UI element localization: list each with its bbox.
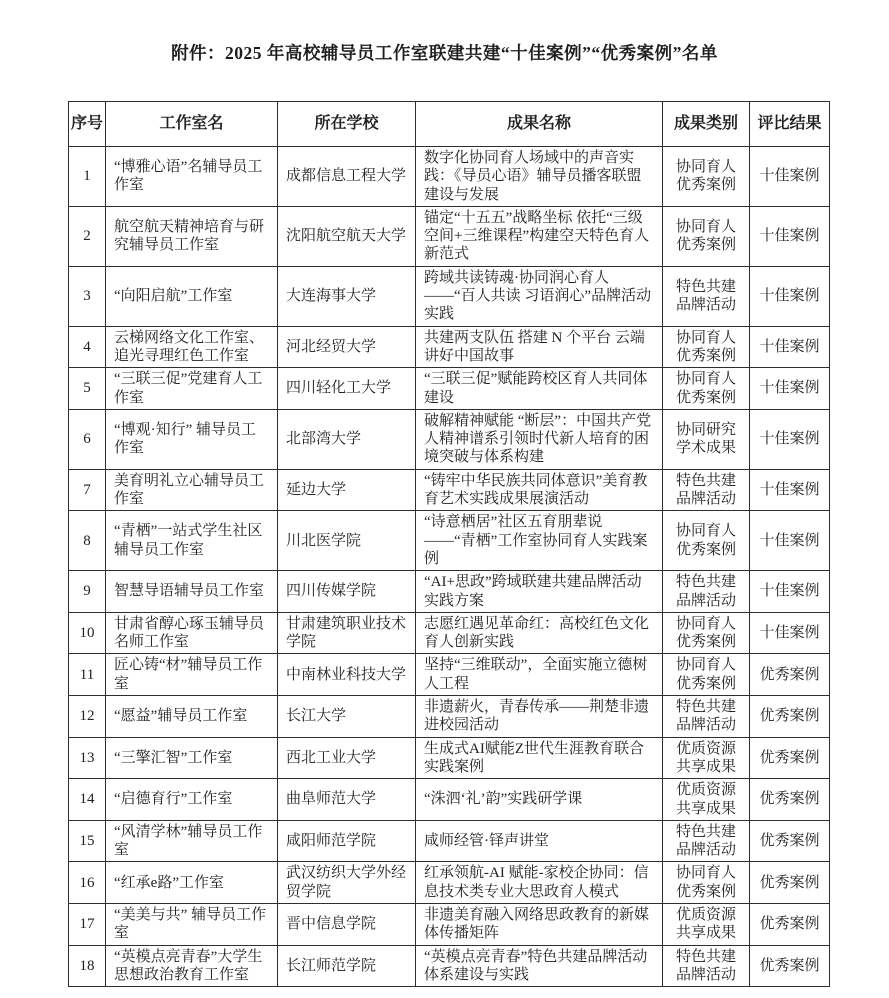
cell-number: 5: [69, 368, 106, 410]
cell-studio-name: 航空航天精神培育与研究辅导员工作室: [106, 206, 278, 266]
cell-category: 特色共建品牌活动: [663, 820, 750, 862]
cell-category: 协同育人优秀案例: [663, 206, 750, 266]
cell-category: 优质资源共享成果: [663, 737, 750, 779]
cell-result: 十佳案例: [750, 511, 830, 571]
cell-studio-name: 云梯网络文化工作室、追光寻理红色工作室: [106, 326, 278, 368]
table-row: 8“青栖”一站式学生社区辅导员工作室川北医学院“诗意栖居”社区五育朋辈说 ——“…: [69, 511, 830, 571]
cell-result: 优秀案例: [750, 903, 830, 945]
cell-school: 川北医学院: [278, 511, 416, 571]
cell-achievement: 破解精神赋能 “断层”：中国共产党人精神谱系引领时代新人培育的困境突破与体系构建: [416, 409, 663, 469]
cell-category: 优质资源共享成果: [663, 903, 750, 945]
cell-achievement: 共建两支队伍 搭建 N 个平台 云端讲好中国故事: [416, 326, 663, 368]
table-row: 18“英模点亮青春”大学生思想政治教育工作室长江师范学院“英模点亮青春”特色共建…: [69, 945, 830, 987]
cell-category: 协同育人优秀案例: [663, 368, 750, 410]
cell-achievement: 咸师经管·铎声讲堂: [416, 820, 663, 862]
cell-studio-name: 甘肃省醇心琢玉辅导员名师工作室: [106, 612, 278, 654]
cell-number: 6: [69, 409, 106, 469]
cell-achievement: 数字化协同育人场域中的声音实践：《导员心语》辅导员播客联盟建设与发展: [416, 147, 663, 207]
cell-school: 西北工业大学: [278, 737, 416, 779]
awards-table: 序号工作室名所在学校成果名称成果类别评比结果 1“博雅心语”名辅导员工作室成都信…: [68, 101, 830, 987]
cell-result: 十佳案例: [750, 326, 830, 368]
table-row: 12“愿益”辅导员工作室长江大学非遗薪火，青春传承——荆楚非遗进校园活动特色共建…: [69, 696, 830, 738]
cell-achievement: 志愿红遇见革命红：高校红色文化育人创新实践: [416, 612, 663, 654]
cell-category: 协同育人优秀案例: [663, 326, 750, 368]
cell-school: 中南林业科技大学: [278, 654, 416, 696]
cell-school: 四川轻化工大学: [278, 368, 416, 410]
cell-school: 长江师范学院: [278, 945, 416, 987]
cell-number: 10: [69, 612, 106, 654]
cell-number: 8: [69, 511, 106, 571]
page-title: 附件：2025 年高校辅导员工作室联建共建“十佳案例”“优秀案例”名单: [0, 40, 889, 65]
cell-category: 协同育人优秀案例: [663, 612, 750, 654]
cell-category: 协同育人优秀案例: [663, 147, 750, 207]
cell-result: 优秀案例: [750, 862, 830, 904]
cell-studio-name: “博观·知行” 辅导员工作室: [106, 409, 278, 469]
cell-number: 17: [69, 903, 106, 945]
cell-achievement: “铸牢中华民族共同体意识”美育教育艺术实践成果展演活动: [416, 469, 663, 511]
cell-result: 十佳案例: [750, 368, 830, 410]
col-header-studio: 工作室名: [106, 102, 278, 147]
cell-result: 十佳案例: [750, 612, 830, 654]
cell-school: 甘肃建筑职业技术学院: [278, 612, 416, 654]
table-row: 10甘肃省醇心琢玉辅导员名师工作室甘肃建筑职业技术学院志愿红遇见革命红：高校红色…: [69, 612, 830, 654]
table-row: 9智慧导语辅导员工作室四川传媒学院“AI+思政”跨域联建共建品牌活动实践方案特色…: [69, 571, 830, 613]
cell-school: 延边大学: [278, 469, 416, 511]
col-header-achievement: 成果名称: [416, 102, 663, 147]
cell-studio-name: “美美与共” 辅导员工作室: [106, 903, 278, 945]
cell-studio-name: “启德育行”工作室: [106, 779, 278, 821]
cell-result: 优秀案例: [750, 945, 830, 987]
table-body: 1“博雅心语”名辅导员工作室成都信息工程大学数字化协同育人场域中的声音实践：《导…: [69, 147, 830, 987]
cell-category: 协同育人优秀案例: [663, 862, 750, 904]
cell-number: 11: [69, 654, 106, 696]
table-row: 15“风清学林”辅导员工作室咸阳师范学院咸师经管·铎声讲堂特色共建品牌活动优秀案…: [69, 820, 830, 862]
cell-number: 2: [69, 206, 106, 266]
cell-result: 十佳案例: [750, 409, 830, 469]
cell-result: 优秀案例: [750, 654, 830, 696]
cell-achievement: “洙泗‘礼’韵”实践研学课: [416, 779, 663, 821]
cell-number: 1: [69, 147, 106, 207]
cell-number: 15: [69, 820, 106, 862]
cell-result: 十佳案例: [750, 206, 830, 266]
cell-studio-name: “红承e路”工作室: [106, 862, 278, 904]
cell-category: 协同研究学术成果: [663, 409, 750, 469]
cell-studio-name: 美育明礼立心辅导员工作室: [106, 469, 278, 511]
table-row: 11匠心铸“材”辅导员工作室中南林业科技大学坚持“三维联动”，全面实施立德树人工…: [69, 654, 830, 696]
cell-studio-name: “三擎汇智”工作室: [106, 737, 278, 779]
cell-category: 特色共建品牌活动: [663, 696, 750, 738]
cell-school: 武汉纺织大学外经贸学院: [278, 862, 416, 904]
table-row: 6“博观·知行” 辅导员工作室北部湾大学破解精神赋能 “断层”：中国共产党人精神…: [69, 409, 830, 469]
cell-studio-name: “愿益”辅导员工作室: [106, 696, 278, 738]
cell-achievement: “AI+思政”跨域联建共建品牌活动实践方案: [416, 571, 663, 613]
cell-studio-name: 智慧导语辅导员工作室: [106, 571, 278, 613]
table-row: 14“启德育行”工作室曲阜师范大学“洙泗‘礼’韵”实践研学课优质资源共享成果优秀…: [69, 779, 830, 821]
header-row: 序号工作室名所在学校成果名称成果类别评比结果: [69, 102, 830, 147]
table-row: 1“博雅心语”名辅导员工作室成都信息工程大学数字化协同育人场域中的声音实践：《导…: [69, 147, 830, 207]
cell-category: 协同育人优秀案例: [663, 511, 750, 571]
cell-achievement: “诗意栖居”社区五育朋辈说 ——“青栖”工作室协同育人实践案例: [416, 511, 663, 571]
cell-achievement: 跨域共读铸魂·协同润心育人——“百人共读 习语润心”品牌活动实践: [416, 266, 663, 326]
document-page: 附件：2025 年高校辅导员工作室联建共建“十佳案例”“优秀案例”名单 序号工作…: [0, 0, 889, 998]
cell-result: 十佳案例: [750, 147, 830, 207]
cell-number: 16: [69, 862, 106, 904]
cell-result: 优秀案例: [750, 820, 830, 862]
cell-school: 咸阳师范学院: [278, 820, 416, 862]
cell-category: 优质资源共享成果: [663, 779, 750, 821]
cell-school: 成都信息工程大学: [278, 147, 416, 207]
cell-achievement: 锚定“十五五”战略坐标 依托“三级空间+三维课程”构建空天特色育人新范式: [416, 206, 663, 266]
cell-number: 4: [69, 326, 106, 368]
cell-achievement: 生成式AI赋能Z世代生涯教育联合实践案例: [416, 737, 663, 779]
cell-achievement: 非遗美育融入网络思政教育的新媒体传播矩阵: [416, 903, 663, 945]
cell-studio-name: “青栖”一站式学生社区辅导员工作室: [106, 511, 278, 571]
cell-school: 晋中信息学院: [278, 903, 416, 945]
cell-result: 优秀案例: [750, 696, 830, 738]
col-header-school: 所在学校: [278, 102, 416, 147]
table-row: 17“美美与共” 辅导员工作室晋中信息学院非遗美育融入网络思政教育的新媒体传播矩…: [69, 903, 830, 945]
cell-result: 优秀案例: [750, 779, 830, 821]
table-row: 2航空航天精神培育与研究辅导员工作室沈阳航空航天大学锚定“十五五”战略坐标 依托…: [69, 206, 830, 266]
cell-school: 河北经贸大学: [278, 326, 416, 368]
cell-school: 沈阳航空航天大学: [278, 206, 416, 266]
col-header-no: 序号: [69, 102, 106, 147]
cell-achievement: “英模点亮青春”特色共建品牌活动体系建设与实践: [416, 945, 663, 987]
cell-category: 特色共建品牌活动: [663, 945, 750, 987]
cell-number: 7: [69, 469, 106, 511]
cell-studio-name: “向阳启航”工作室: [106, 266, 278, 326]
cell-school: 长江大学: [278, 696, 416, 738]
cell-studio-name: 匠心铸“材”辅导员工作室: [106, 654, 278, 696]
cell-number: 3: [69, 266, 106, 326]
table-row: 16“红承e路”工作室武汉纺织大学外经贸学院红承领航-AI 赋能-家校企协同：信…: [69, 862, 830, 904]
cell-result: 十佳案例: [750, 571, 830, 613]
cell-result: 十佳案例: [750, 266, 830, 326]
cell-number: 13: [69, 737, 106, 779]
cell-achievement: 坚持“三维联动”，全面实施立德树人工程: [416, 654, 663, 696]
cell-studio-name: “博雅心语”名辅导员工作室: [106, 147, 278, 207]
cell-result: 优秀案例: [750, 737, 830, 779]
col-header-category: 成果类别: [663, 102, 750, 147]
cell-studio-name: “英模点亮青春”大学生思想政治教育工作室: [106, 945, 278, 987]
cell-school: 四川传媒学院: [278, 571, 416, 613]
cell-number: 14: [69, 779, 106, 821]
cell-category: 特色共建品牌活动: [663, 571, 750, 613]
cell-achievement: “三联三促”赋能跨校区育人共同体建设: [416, 368, 663, 410]
table-row: 7美育明礼立心辅导员工作室延边大学“铸牢中华民族共同体意识”美育教育艺术实践成果…: [69, 469, 830, 511]
cell-category: 特色共建品牌活动: [663, 266, 750, 326]
cell-achievement: 非遗薪火，青春传承——荆楚非遗进校园活动: [416, 696, 663, 738]
col-header-result: 评比结果: [750, 102, 830, 147]
table-row: 13“三擎汇智”工作室西北工业大学生成式AI赋能Z世代生涯教育联合实践案例优质资…: [69, 737, 830, 779]
cell-school: 大连海事大学: [278, 266, 416, 326]
cell-school: 北部湾大学: [278, 409, 416, 469]
cell-studio-name: “风清学林”辅导员工作室: [106, 820, 278, 862]
table-row: 5“三联三促”党建育人工作室四川轻化工大学“三联三促”赋能跨校区育人共同体建设协…: [69, 368, 830, 410]
cell-achievement: 红承领航-AI 赋能-家校企协同：信息技术类专业大思政育人模式: [416, 862, 663, 904]
cell-number: 12: [69, 696, 106, 738]
cell-category: 特色共建品牌活动: [663, 469, 750, 511]
cell-result: 十佳案例: [750, 469, 830, 511]
cell-number: 9: [69, 571, 106, 613]
cell-studio-name: “三联三促”党建育人工作室: [106, 368, 278, 410]
cell-category: 协同育人优秀案例: [663, 654, 750, 696]
cell-number: 18: [69, 945, 106, 987]
table-row: 4云梯网络文化工作室、追光寻理红色工作室河北经贸大学共建两支队伍 搭建 N 个平…: [69, 326, 830, 368]
cell-school: 曲阜师范大学: [278, 779, 416, 821]
table-row: 3“向阳启航”工作室大连海事大学跨域共读铸魂·协同润心育人——“百人共读 习语润…: [69, 266, 830, 326]
